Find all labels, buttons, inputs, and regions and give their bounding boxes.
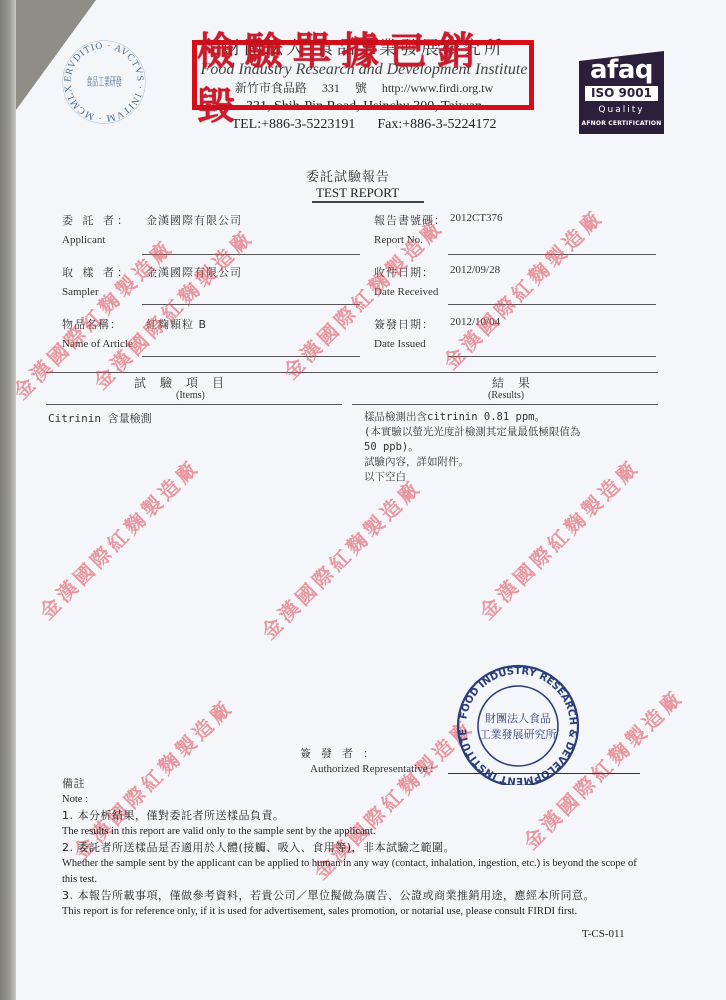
items-header-rule	[46, 404, 342, 405]
svg-text:工業發展研究所: 工業發展研究所	[480, 727, 557, 741]
date-issued-label-en: Date Issued	[374, 338, 434, 350]
date-received-label-cn: 收件日期：	[374, 264, 438, 280]
field-date-received: 收件日期： Date Received 2012/09/28	[374, 264, 438, 298]
firdi-official-seal-icon: FOOD INDUSTRY RESEARCH & DEVELOPMENT INS…	[448, 660, 588, 785]
note-2-cn: 2. 委託者所送樣品是否適用於人體(接觸、吸入、食用等)，非本試驗之範圍。	[62, 840, 702, 856]
sampler-label-cn: 取 樣 者：	[62, 264, 131, 280]
date-received-value: 2012/09/28	[450, 264, 500, 276]
items-header-cn: 試驗項目	[134, 374, 238, 391]
article-label-en: Name of Article	[62, 338, 133, 350]
firdi-emblem-icon: ERVDITIO · AVCTVS · INITVM · MCMLXV · 食品…	[60, 38, 148, 126]
sampler-label-en: Sampler	[62, 286, 131, 298]
date-received-rule	[448, 304, 656, 305]
field-article: 物品名稱： Name of Article 紅麴顆粒 B	[62, 316, 133, 350]
signature-label-en: Authorized Representative :	[310, 763, 433, 775]
result-line: 以下空白	[364, 470, 664, 485]
test-report-page: ERVDITIO · AVCTVS · INITVM · MCMLXV · 食品…	[16, 0, 726, 1000]
field-sampler: 取 樣 者： Sampler 金漢國際有限公司	[62, 264, 131, 298]
svg-text:財團法人食品: 財團法人食品	[485, 711, 551, 725]
report-no-label-en: Report No.	[374, 234, 446, 246]
afaq-logo: afaq	[579, 57, 664, 83]
watermark: 金漢國際紅麴製造廠	[436, 202, 609, 375]
note-3-en: This report is for reference only, if it…	[62, 904, 662, 920]
watermark: 金漢國際紅麴製造廠	[254, 472, 427, 645]
result-line: (本實驗以螢光光度計檢測其定量最低極限值為	[364, 425, 664, 440]
result-line: 試驗內容，詳如附件。	[364, 455, 664, 470]
applicant-label-cn: 委 託 者：	[62, 212, 131, 228]
article-rule	[142, 356, 360, 357]
applicant-value: 金漢國際有限公司	[146, 212, 242, 228]
date-received-label-en: Date Received	[374, 286, 438, 298]
field-date-issued: 簽發日期： Date Issued 2012/10/04	[374, 316, 434, 350]
test-results: 樣品檢測出含citrinin 0.81 ppm。 (本實驗以螢光光度計檢測其定量…	[364, 410, 664, 485]
results-header-rule	[352, 404, 658, 405]
report-no-rule	[448, 254, 656, 255]
applicant-rule	[142, 254, 360, 255]
sampler-value: 金漢國際有限公司	[146, 264, 242, 280]
report-title-en: TEST REPORT	[316, 185, 399, 201]
iso-standard: ISO 9001	[585, 86, 658, 101]
date-issued-rule	[448, 356, 656, 357]
scan-edge	[0, 0, 16, 1000]
svg-text:食品工業研發: 食品工業研發	[86, 75, 121, 89]
field-applicant: 委 託 者： Applicant 金漢國際有限公司	[62, 212, 131, 246]
note-1-cn: 1. 本分析結果，僅對委託者所送樣品負責。	[62, 808, 702, 824]
watermark: 金漢國際紅麴製造廠	[86, 222, 259, 395]
afaq-iso-badge: afaq ISO 9001 Quality AFNOR CERTIFICATIO…	[579, 51, 664, 134]
watermark: 金漢國際紅麴製造廠	[32, 452, 205, 625]
items-header-en: (Items)	[176, 390, 205, 401]
result-line: 樣品檢測出含citrinin 0.81 ppm。	[364, 410, 664, 425]
note-2-en: Whether the sample sent by the applicant…	[62, 856, 652, 888]
report-no-label-cn: 報告書號碼：	[374, 212, 446, 228]
result-line: 50 ppb)。	[364, 440, 664, 455]
cert-type: Quality	[579, 105, 664, 116]
test-item: Citrinin 含量檢測	[48, 410, 152, 426]
results-header-cn: 結果	[492, 374, 544, 391]
cert-body: AFNOR CERTIFICATION	[579, 120, 664, 128]
svg-text:FOOD INDUSTRY RESEARCH & DEVEL: FOOD INDUSTRY RESEARCH & DEVELOPMENT INS…	[458, 666, 578, 785]
note-1-en: The results in this report are valid onl…	[62, 824, 702, 840]
form-code: T-CS-011	[582, 928, 625, 940]
signature-label-cn: 簽發者：	[300, 745, 384, 761]
sampler-rule	[142, 304, 360, 305]
title-underline	[312, 201, 424, 203]
report-no-value: 2012CT376	[450, 212, 503, 224]
article-label-cn: 物品名稱：	[62, 316, 133, 332]
void-stamp-text: 檢驗單據已銷毀	[197, 20, 529, 130]
signature-line	[448, 773, 640, 774]
void-stamp: 檢驗單據已銷毀	[192, 40, 534, 110]
notes-heading-en: Note :	[62, 792, 702, 808]
date-issued-value: 2012/10/04	[450, 316, 500, 328]
article-value: 紅麴顆粒 B	[146, 316, 207, 332]
note-3-cn: 3. 本報告所載事項，僅做參考資料，若貴公司／單位擬做為廣告、公證或商業推銷用途…	[62, 888, 702, 904]
table-top-rule	[46, 372, 658, 373]
applicant-label-en: Applicant	[62, 234, 131, 246]
report-title-cn: 委託試驗報告	[306, 166, 390, 185]
notes-section: 備註 Note : 1. 本分析結果，僅對委託者所送樣品負責。 The resu…	[62, 776, 702, 920]
results-header-en: (Results)	[488, 390, 524, 401]
date-issued-label-cn: 簽發日期：	[374, 316, 434, 332]
notes-heading-cn: 備註	[62, 776, 702, 792]
field-report-no: 報告書號碼： Report No. 2012CT376	[374, 212, 446, 246]
